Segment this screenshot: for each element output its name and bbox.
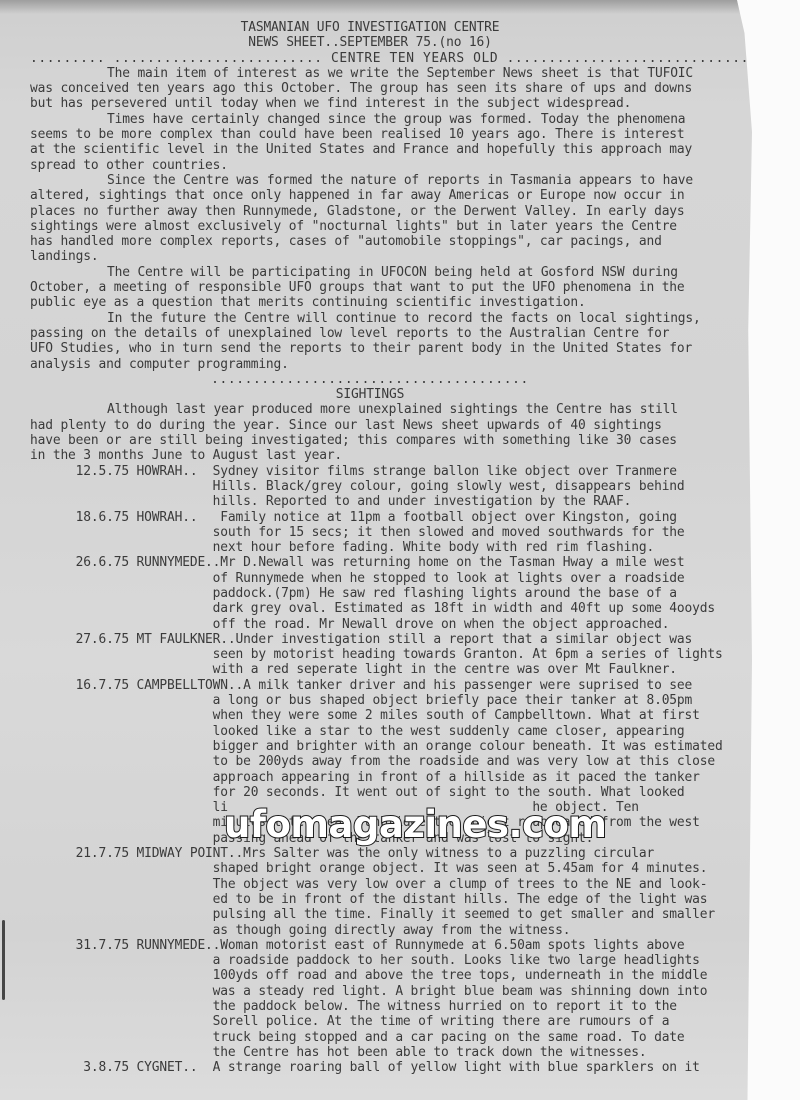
paragraph-line: seems to be more complex than could have… xyxy=(30,127,730,142)
sighting-line: south for 15 secs; it then slowed and mo… xyxy=(30,525,730,540)
paragraph-line: altered, sightings that once only happen… xyxy=(30,188,730,203)
org-title: TASMANIAN UFO INVESTIGATION CENTRE xyxy=(30,20,710,35)
paragraph-line: passing on the details of unexplained lo… xyxy=(30,326,730,341)
sighting-line: Sorell police. At the time of writing th… xyxy=(30,1014,730,1029)
paragraph-line: places no further away then Runnymede, G… xyxy=(30,204,730,219)
sighting-line: for 20 seconds. It went out of sight to … xyxy=(30,785,730,800)
paragraph-line: have been or are still being investigate… xyxy=(30,433,730,448)
paragraph-line: October, a meeting of responsible UFO gr… xyxy=(30,280,730,295)
sighting-line: a long or bus shaped object briefly pace… xyxy=(30,693,730,708)
paragraph-line: Although last year produced more unexpla… xyxy=(30,402,730,417)
sighting-line: bigger and brighter with an orange colou… xyxy=(30,739,730,754)
sighting-entry: 26.6.75 RUNNYMEDE..Mr D.Newall was retur… xyxy=(30,555,730,570)
sighting-line: off the road. Mr Newall drove on when th… xyxy=(30,617,730,632)
scanned-page: TASMANIAN UFO INVESTIGATION CENTRENEWS S… xyxy=(0,0,752,1100)
separator: ...................................... xyxy=(30,372,710,387)
sighting-line: seen by motorist heading towards Granton… xyxy=(30,647,730,662)
sighting-line: when they were some 2 miles south of Cam… xyxy=(30,708,730,723)
paragraph-line: in the 3 months June to August last year… xyxy=(30,448,730,463)
sighting-line: dark grey oval. Estimated as 18ft in wid… xyxy=(30,601,730,616)
sighting-line: approach appearing in front of a hillsid… xyxy=(30,770,730,785)
sighting-entry: 18.6.75 HOWRAH.. Family notice at 11pm a… xyxy=(30,510,730,525)
sighting-entry: 3.8.75 CYGNET.. A strange roaring ball o… xyxy=(30,1060,730,1075)
sighting-line: next hour before fading. White body with… xyxy=(30,540,730,555)
sighting-line: hills. Reported to and under investigati… xyxy=(30,494,730,509)
watermark: ufomagazines.com xyxy=(224,803,606,846)
paragraph-line: has handled more complex reports, cases … xyxy=(30,234,730,249)
sighting-line: paddock.(7pm) He saw red flashing lights… xyxy=(30,586,730,601)
issue-title: NEWS SHEET..SEPTEMBER 75.(no 16) xyxy=(30,35,710,50)
paragraph-line: In the future the Centre will continue t… xyxy=(30,311,730,326)
paragraph-line: at the scientific level in the United St… xyxy=(30,142,730,157)
sighting-line: The object was very low over a clump of … xyxy=(30,877,730,892)
paragraph-line: had plenty to do during the year. Since … xyxy=(30,418,730,433)
sighting-entry: 21.7.75 MIDWAY POINT..Mrs Salter was the… xyxy=(30,846,730,861)
sighting-line: pulsing all the time. Finally it seemed … xyxy=(30,907,730,922)
paragraph-line: but has persevered until today when we f… xyxy=(30,96,730,111)
paragraph-line: was conceived ten years ago this October… xyxy=(30,81,730,96)
sighting-entry: 31.7.75 RUNNYMEDE..Woman motorist east o… xyxy=(30,938,730,953)
section-heading: ......... ......................... CENT… xyxy=(30,51,730,66)
sighting-line: to be 200yds away from the roadside and … xyxy=(30,754,730,769)
sighting-line: as though going directly away from the w… xyxy=(30,923,730,938)
paragraph-line: Times have certainly changed since the g… xyxy=(30,112,730,127)
paragraph-line: Since the Centre was formed the nature o… xyxy=(30,173,730,188)
paragraph-line: The Centre will be participating in UFOC… xyxy=(30,265,730,280)
sighting-line: Hills. Black/grey colour, going slowly w… xyxy=(30,479,730,494)
sighting-line: was a steady red light. A bright blue be… xyxy=(30,984,730,999)
sighting-line: the paddock below. The witness hurried o… xyxy=(30,999,730,1014)
paragraph-line: sightings were almost exclusively of "no… xyxy=(30,219,730,234)
sighting-line: looked like a star to the west suddenly … xyxy=(30,724,730,739)
paragraph-line: UFO Studies, who in turn send the report… xyxy=(30,341,730,356)
scan-edge-mark xyxy=(2,920,5,1000)
sighting-line: ed to be in front of the distant hills. … xyxy=(30,892,730,907)
paragraph-line: public eye as a question that merits con… xyxy=(30,295,730,310)
paragraph-line: The main item of interest as we write th… xyxy=(30,66,730,81)
sighting-line: 100yds off road and above the tree tops,… xyxy=(30,968,730,983)
sighting-line: a roadside paddock to her south. Looks l… xyxy=(30,953,730,968)
sighting-line: truck being stopped and a car pacing on … xyxy=(30,1030,730,1045)
paragraph-line: analysis and computer programming. xyxy=(30,357,730,372)
sightings-title: SIGHTINGS xyxy=(30,387,710,402)
sighting-line: of Runnymede when he stopped to look at … xyxy=(30,571,730,586)
sighting-entry: 27.6.75 MT FAULKNER..Under investigation… xyxy=(30,632,730,647)
paragraph-line: spread to other countries. xyxy=(30,158,730,173)
sighting-line: shaped bright orange object. It was seen… xyxy=(30,861,730,876)
sighting-line: the Centre has hot been able to track do… xyxy=(30,1045,730,1060)
sighting-entry: 16.7.75 CAMPBELLTOWN..A milk tanker driv… xyxy=(30,678,730,693)
document-text: TASMANIAN UFO INVESTIGATION CENTRENEWS S… xyxy=(30,20,730,1075)
sighting-entry: 12.5.75 HOWRAH.. Sydney visitor films st… xyxy=(30,464,730,479)
paragraph-line: landings. xyxy=(30,249,730,264)
sighting-line: with a red seperate light in the centre … xyxy=(30,662,730,677)
